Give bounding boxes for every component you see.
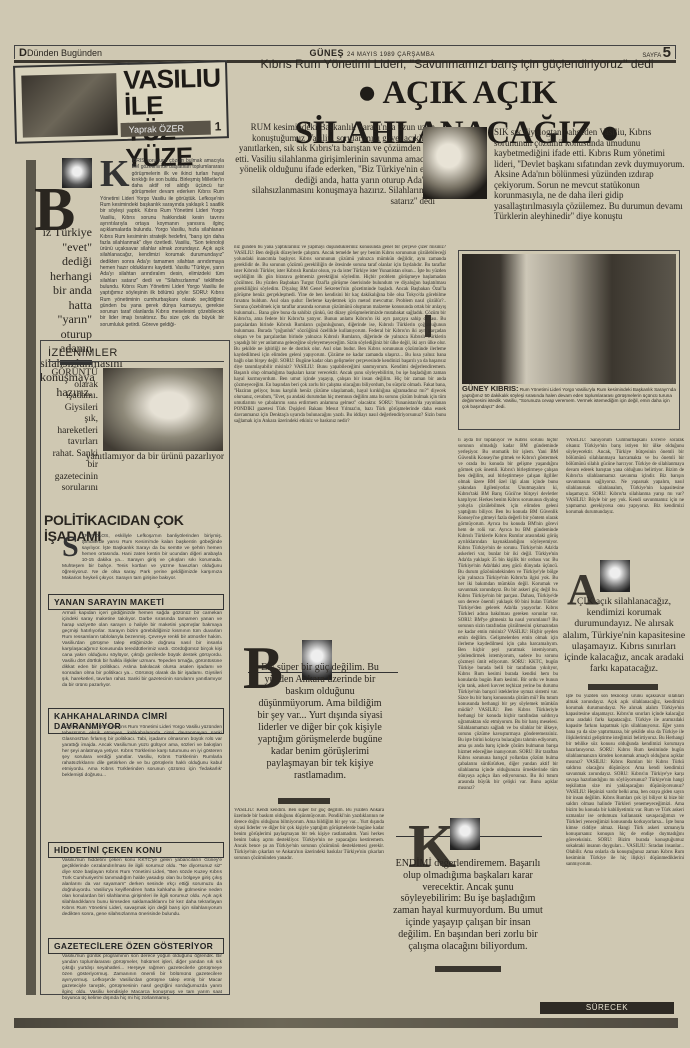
- series-box: VASILIU İLE YÜZ YÜZE Yaprak ÖZER 1: [13, 60, 229, 144]
- section-text: Vasiliu'nun günlük programının son derec…: [62, 954, 222, 1002]
- article-column-3-bottom: İşte bu yüzden son teknoloji ürünü uçaks…: [566, 694, 684, 999]
- article-column-3: VASILIU: Sanıyorum Cumhurbaşkanı Evren'e…: [566, 438, 684, 558]
- continued-label: SÜRECEK: [540, 1002, 674, 1014]
- pull-quote-k: ENDİMİ değerlendiremem. Başarılı olup ol…: [393, 858, 543, 952]
- photo-caption: GÜNEY KIBRIS: Rum Yönetimi Lideri Yorgo …: [462, 386, 676, 409]
- section-text: Doğrusu bu ya... Güney Kıbrıs Rum Yöneti…: [62, 725, 222, 779]
- impressions-rule: [48, 361, 224, 362]
- section-text: Vasiliu'nun hiddetini çeken konu KKTC'ye…: [62, 858, 222, 918]
- subhead-gazetecilere-ozen: GAZETECİLERE ÖZEN GÖSTERİYOR: [48, 938, 224, 954]
- pull-quote-bar: [588, 684, 658, 690]
- pull-quote-b: EN süper bir güç değilim. Bu yüzden Anka…: [255, 662, 385, 782]
- impressions-title: İZLENİMLER: [48, 347, 118, 359]
- impressions-intro: S TROVOLOS, eskiliyle Lefkoşa'nın banliy…: [62, 534, 222, 582]
- article-column-1-bottom: VASILIU: Kendi kendim. Ben süper bir güç…: [234, 808, 384, 1008]
- pull-quote-bar: [435, 966, 501, 972]
- subhead-hiddetini-ceken-konu: HİDDETİNİ ÇEKEN KONU: [48, 842, 224, 858]
- bottom-rule: [14, 1018, 678, 1028]
- impressions-caption: yanıtlamıyor da bir ürünü pazarlıyor: [52, 452, 224, 462]
- left-decorative-bar: [26, 160, 36, 995]
- main-photo: [462, 254, 676, 384]
- kicker: Kıbrıs Rum Yönetimi Lideri, ''Savunmamız…: [232, 57, 682, 71]
- byline: Yaprak ÖZER: [121, 121, 211, 137]
- masthead: GÜNEŞ 24 MAYIS 1989 ÇARŞAMBA: [309, 48, 434, 58]
- spot-right: SIK sık diyalogtan bahseden Vasiliu, Kıb…: [494, 127, 686, 222]
- impressions-quote: GÖRÜNTÜ olarak işadamı. Giysileri şık, h…: [50, 368, 98, 495]
- pull-quote-bar: [278, 798, 330, 804]
- spot-left: RUM kesimindeki Başkanlık Sarayı'nda uzu…: [235, 122, 435, 206]
- intro-drop-cap: K: [100, 158, 130, 190]
- pull-quote-portrait: [450, 818, 480, 850]
- pull-quote-portrait: [600, 560, 630, 592]
- pull-quote-a: ÇIK açık silahlanacağız, kendimizi korum…: [560, 596, 688, 674]
- series-photo: [21, 73, 118, 137]
- subhead-yanan-sarayin-maketi: YANAN SARAYIN MAKETİ: [48, 594, 224, 610]
- intro-text: K IBRIS sorununa çözüm bulmak amacıyla B…: [100, 158, 224, 328]
- section-text: Armali kapıdan içeri girdiğinizde hemen …: [62, 611, 222, 689]
- article-column-1: niz günden bu yana yaptıklarınız ve yapm…: [234, 245, 446, 630]
- series-title: VASILIU İLE YÜZ YÜZE: [123, 64, 228, 171]
- impressions-photo: [103, 368, 223, 451]
- section-name: DDünden Bugünden: [19, 47, 102, 59]
- series-part-number: 1: [214, 119, 221, 133]
- spot-portrait: [423, 127, 487, 199]
